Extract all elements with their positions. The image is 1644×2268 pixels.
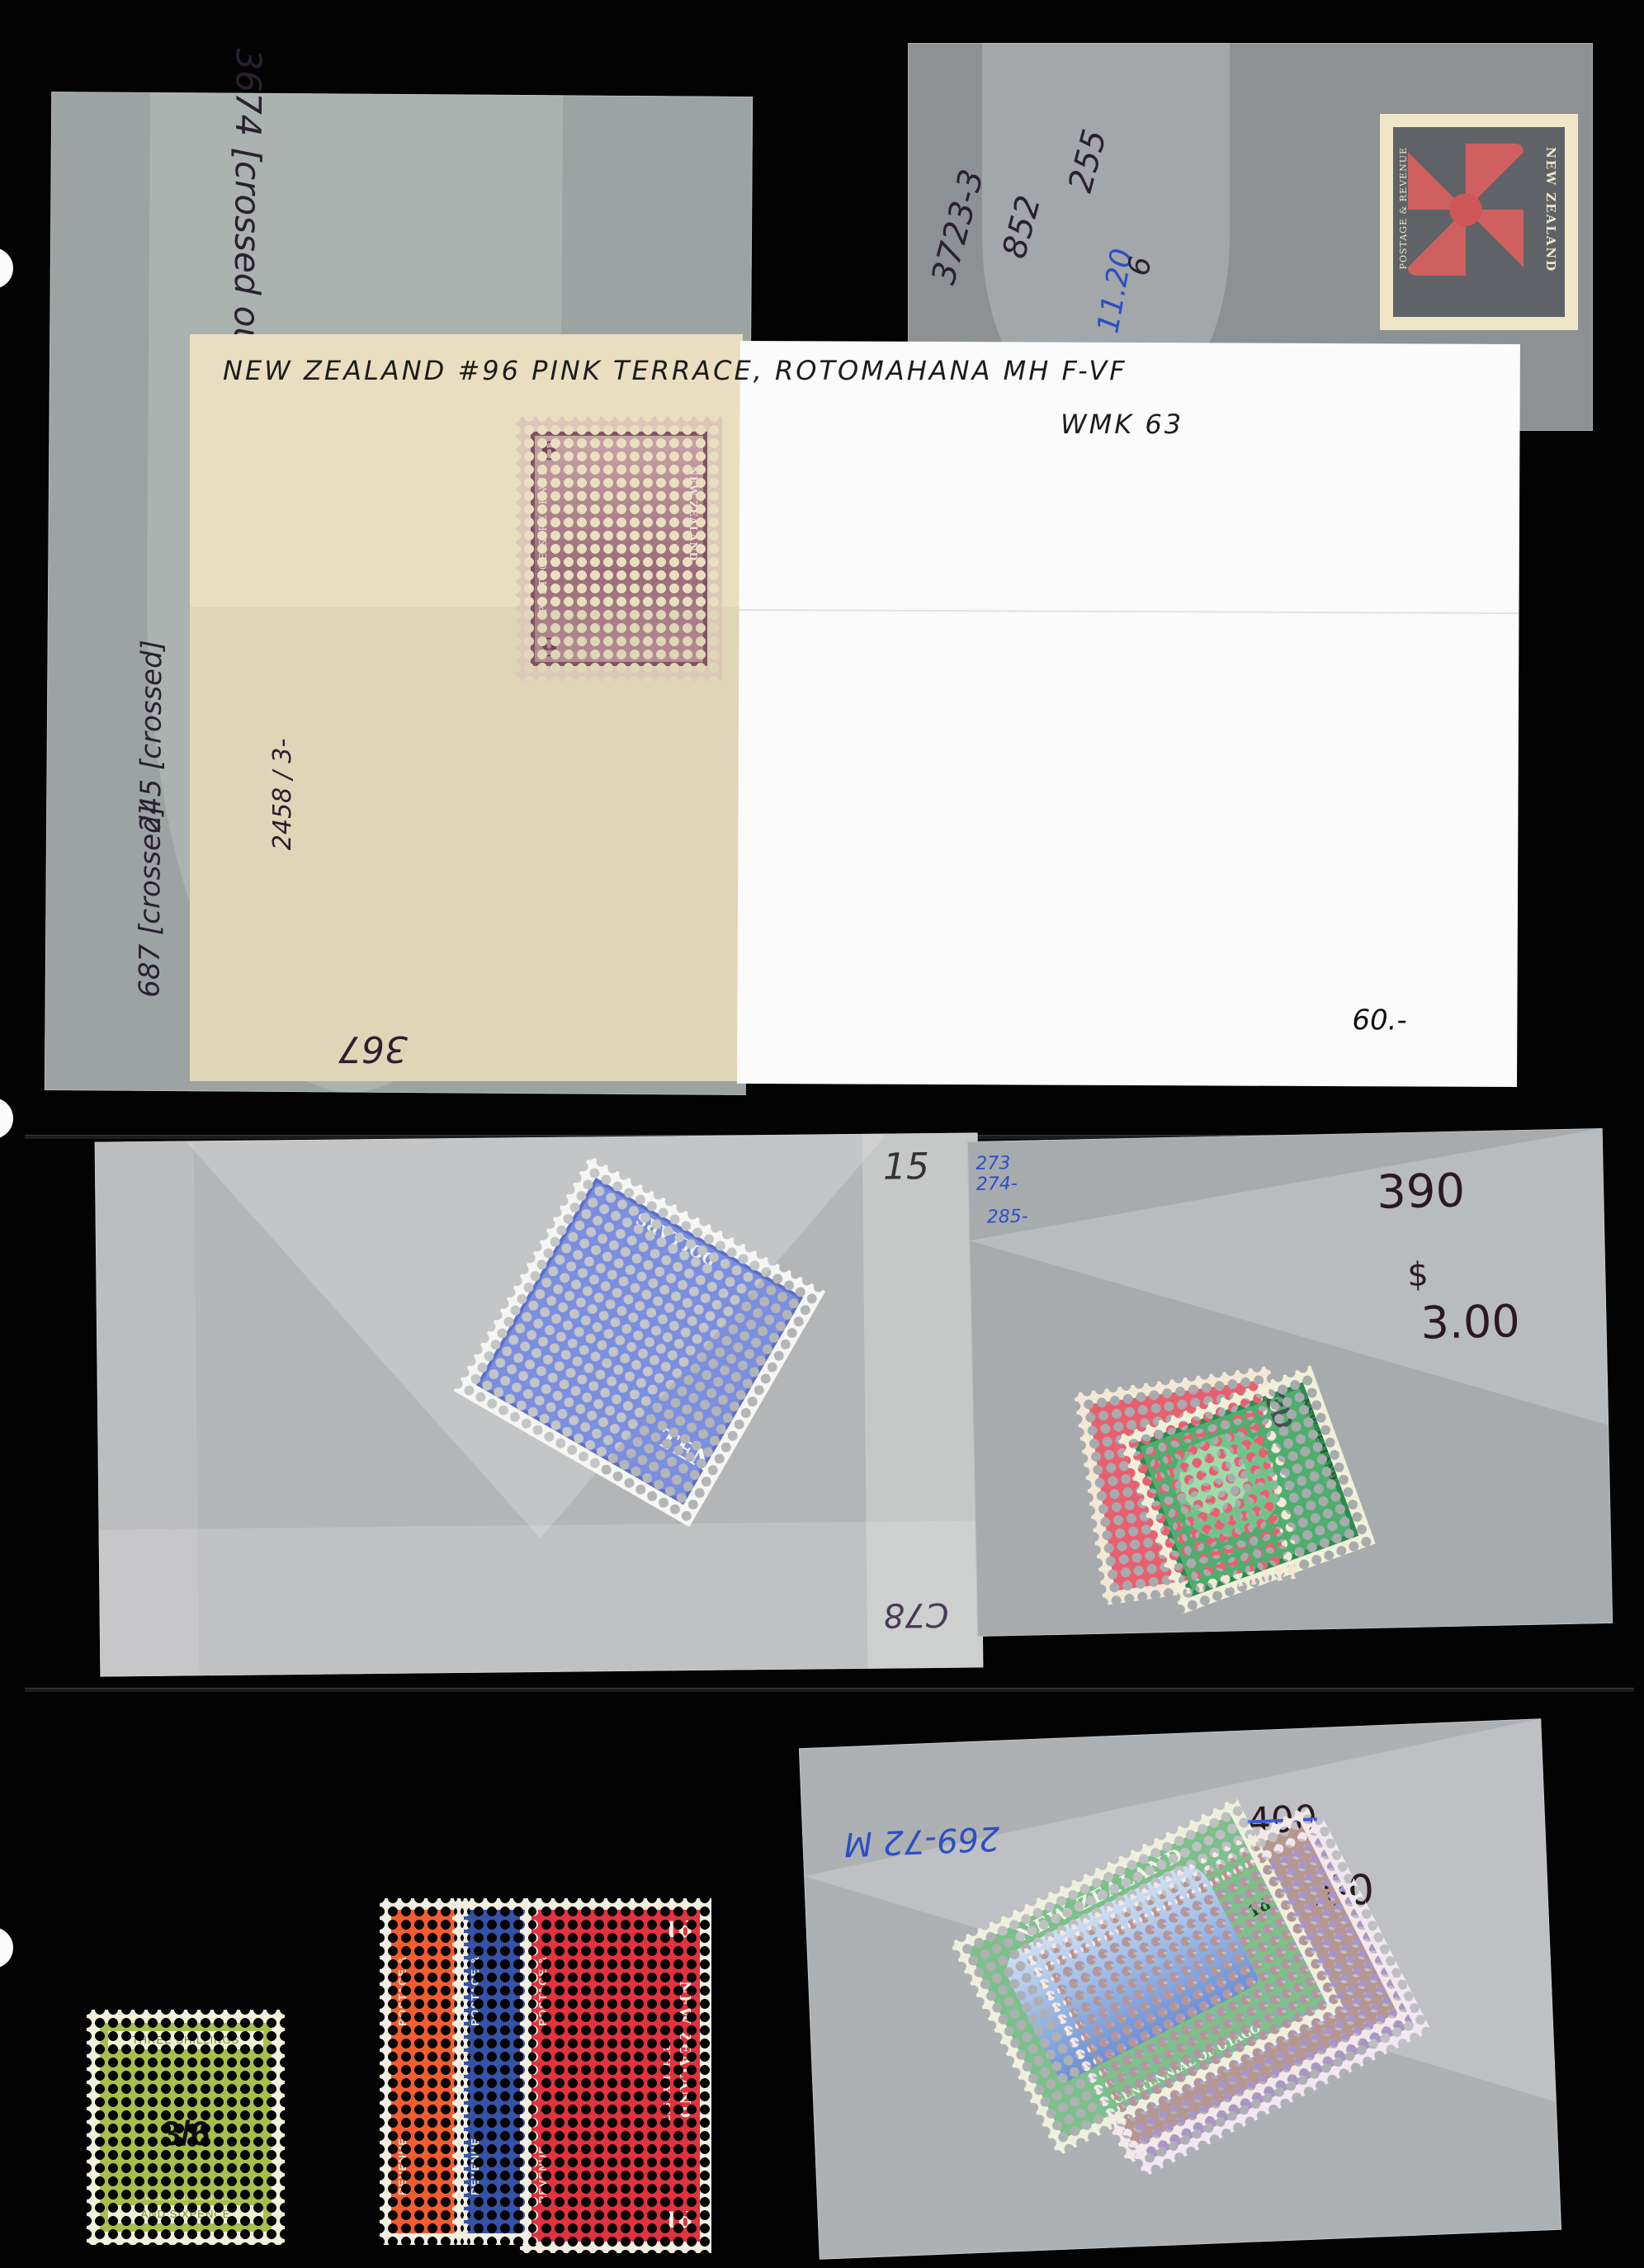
stamp-label: 12TH MAY 1937 <box>661 2039 672 2121</box>
stamp-label: REVENUE <box>536 2146 549 2204</box>
card-watermark-note: WMK 63 <box>1061 409 1183 440</box>
ink-note: 3.00 <box>1420 1295 1521 1349</box>
stamp-pink-terrace-9d: POSTAGE & REVENUE NEW ZEALAND 9 9 <box>516 417 722 681</box>
pencil-note-bottom: C78 <box>883 1595 948 1634</box>
stock-strip <box>25 1688 1634 1692</box>
card-header-note: NEW ZEALAND #96 PINK TERRACE, ROTOMAHANA… <box>223 355 1127 386</box>
pencil-note: 2458 / 3- <box>268 739 297 850</box>
ink-note: 390 <box>1377 1165 1466 1220</box>
pencil-note: 15 <box>883 1146 930 1188</box>
stamp-postage-label: POSTAGE & REVENUE <box>1398 147 1409 269</box>
white-description-card: 60.- <box>737 341 1520 1087</box>
stamp-value: 9 <box>541 435 558 464</box>
binder-hole <box>0 1927 13 1968</box>
stamp-label: AND SIXPENCE <box>108 2205 263 2223</box>
pencil-note: 3674 [crossed out] <box>226 48 269 376</box>
stamp-label: NEW ZEALAND <box>676 1981 693 2119</box>
stamp-9d-maori-panel: NEW ZEALAND POSTAGE & REVENUE <box>1380 114 1578 330</box>
price-note: 60.- <box>1352 1004 1407 1037</box>
stamp-label: NEW ZEALAND <box>687 466 699 561</box>
blue-note: 269-72 M <box>843 1819 1001 1864</box>
stamp-label: POSTAGE & <box>469 1956 481 2026</box>
stamp-value: 1d <box>664 1918 693 1943</box>
binder-hole <box>0 248 13 289</box>
ink-note: $ <box>1407 1255 1429 1294</box>
stamp-value: 1d <box>664 2209 693 2233</box>
blue-note: 273 <box>976 1153 1011 1174</box>
stamp-arms-three-shillings-sixpence: THREE SHILLINGS NEW ZEALAND STAMP DUTY A… <box>87 2010 285 2245</box>
binder-hole <box>0 1098 13 1139</box>
stamp-country-label: NEW ZEALAND <box>1543 147 1558 272</box>
stamp-label: POSTAGE & REVENUE <box>537 466 549 612</box>
pencil-note: 245 [crossed] <box>135 640 169 833</box>
stamp-label: REVENUE <box>469 2138 481 2195</box>
stamp-value: 9 <box>541 634 558 663</box>
stamp-label: THREE SHILLINGS <box>108 2031 263 2049</box>
stamp-surcharge: 3/6 <box>87 2114 285 2153</box>
stamp-coronation-red-1d: POSTAGE & REVENUE NEW ZEALAND 12TH MAY 1… <box>520 1898 711 2253</box>
pencil-note: 687 [crossed] <box>133 805 168 998</box>
stamp-label: POSTAGE & <box>536 1956 549 2026</box>
pencil-note-bottom: 367 <box>338 1028 408 1070</box>
stamp-label: NEW ZEALAND STAMP DUTY <box>108 2194 263 2202</box>
stamp-label: POSTAGE & <box>396 1956 409 2026</box>
stamp-label: REVENUE <box>396 2138 409 2195</box>
blue-note: 274- <box>976 1174 1018 1195</box>
blue-note: 285- <box>986 1207 1027 1228</box>
